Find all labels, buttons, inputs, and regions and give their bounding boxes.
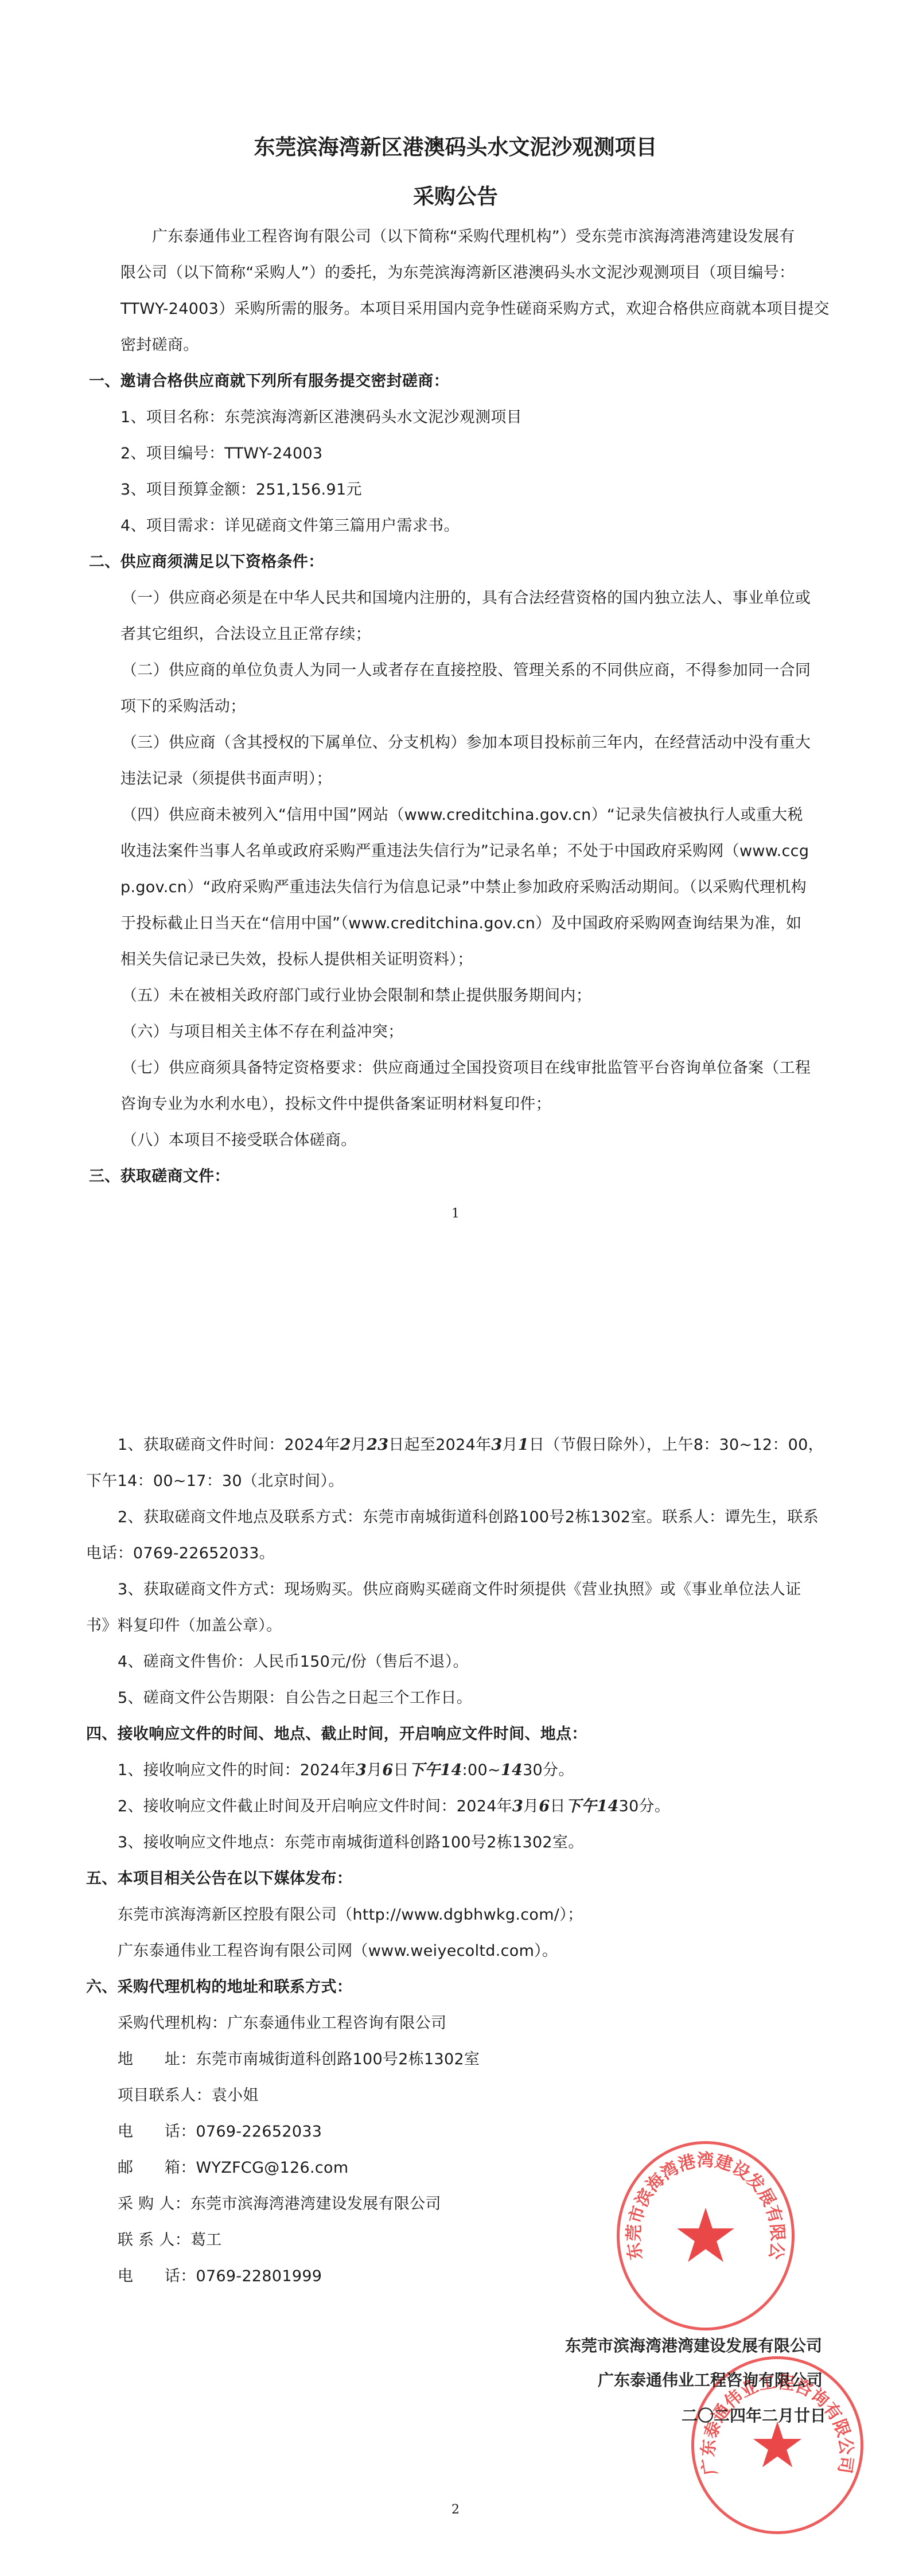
section-1-item: 3、项目预算金额：251,156.91元	[120, 477, 362, 499]
section-2-line: 者其它组织，合法设立且正常存续；	[120, 621, 371, 644]
company-seal-purchaser: 东莞市滨海湾港湾建设发展有限公司 ★	[617, 2141, 795, 2330]
section-6-heading: 六、采购代理机构的地址和联系方式：	[86, 1974, 352, 1997]
signature-agency: 广东泰通伟业工程咨询有限公司	[598, 2368, 823, 2391]
section-2-line: p.gov.cn）“政府采购严重违法失信行为信息记录”中禁止参加政府采购活动期间…	[120, 874, 807, 897]
section-2-line: 项下的采购活动；	[120, 694, 246, 716]
section-3-line: 2、获取磋商文件地点及联系方式：东莞市南城街道科创路100号2栋1302室。联系…	[118, 1504, 819, 1527]
text: 日	[550, 1797, 566, 1815]
section-2-line: （六）与项目相关主体不存在利益冲突；	[122, 1019, 403, 1041]
section-1-item: 1、项目名称：东莞滨海湾新区港澳码头水文泥沙观测项目	[120, 404, 522, 427]
section-3-line: 5、磋商文件公告期限：自公告之日起三个工作日。	[118, 1685, 472, 1707]
star-icon: ★	[672, 2198, 739, 2273]
page-1: 东莞滨海湾新区港澳码头水文泥沙观测项目 采购公告 广东泰通伟业工程咨询有限公司（…	[0, 0, 911, 1269]
section-2-line: （五）未在被相关政府部门或行业协会限制和禁止提供服务期间内；	[122, 983, 591, 1005]
contact-line: 电 话：0769-22652033	[118, 2119, 322, 2141]
section-2-line: （二）供应商的单位负责人为同一人或者存在直接控股、管理关系的不同供应商，不得参加…	[122, 657, 811, 680]
text: 30分。	[523, 1761, 574, 1779]
handwritten-month: 3	[491, 1436, 502, 1454]
page-number: 1	[0, 1207, 911, 1221]
text: 1、获取磋商文件时间：2024年	[118, 1436, 340, 1454]
section-2-line: 收违法案件当事人名单或政府采购严重违法失信行为”记录名单；不处于中国政府采购网（…	[120, 838, 809, 861]
handwritten-time: 下午14	[409, 1761, 462, 1779]
text: 月	[503, 1436, 518, 1454]
section-4-line-2: 2、接收响应文件截止时间及开启响应文件时间：2024年3月6日下午1430分。	[118, 1793, 670, 1816]
section-3-line: 4、磋商文件售价：人民币150元/份（售后不退）。	[118, 1649, 469, 1671]
section-2-line: （三）供应商（含其授权的下属单位、分支机构）参加本项目投标前三年内，在经营活动中…	[122, 730, 811, 752]
text: 日起至2024年	[388, 1436, 491, 1454]
handwritten-time: 下午14	[566, 1797, 619, 1815]
section-3-heading: 三、获取磋商文件：	[89, 1164, 230, 1186]
section-2-line: 于投标截止日当天在“信用中国”（www.creditchina.gov.cn）及…	[120, 910, 801, 933]
handwritten-day: 1	[518, 1436, 529, 1454]
section-5-heading: 五、本项目相关公告在以下媒体发布：	[86, 1866, 352, 1888]
section-3-line: 3、获取磋商文件方式：现场购买。供应商购买磋商文件时须提供《营业执照》或《事业单…	[118, 1577, 801, 1599]
contact-line: 电 话：0769-22801999	[118, 2263, 322, 2286]
section-2-line: （八）本项目不接受联合体磋商。	[122, 1127, 357, 1150]
contact-line: 项目联系人：袁小姐	[118, 2083, 259, 2105]
section-3-line: 书》料复印件（加盖公章）。	[86, 1613, 282, 1635]
section-2-line: （一）供应商必须是在中华人民共和国境内注册的，具有合法经营资格的国内独立法人、事…	[122, 585, 811, 608]
contact-line: 联 系 人：葛工	[118, 2227, 222, 2250]
signature-purchaser: 东莞市滨海湾港湾建设发展有限公司	[565, 2333, 822, 2356]
section-2-heading: 二、供应商须满足以下资格条件：	[89, 549, 324, 571]
section-2-line: （七）供应商须具备特定资格要求：供应商通过全国投资项目在线审批监管平台咨询单位备…	[122, 1055, 811, 1077]
contact-email[interactable]: 邮 箱：WYZFCG@126.com	[118, 2155, 348, 2177]
handwritten-month: 3	[512, 1797, 523, 1815]
signature-date: 二〇二四年二月廿日	[682, 2403, 826, 2426]
intro-line-1: 广东泰通伟业工程咨询有限公司（以下简称“采购代理机构”）受东莞市滨海湾港湾建设发…	[152, 224, 795, 246]
text: 1、接收响应文件的时间：2024年	[118, 1761, 356, 1779]
intro-line-2: 限公司（以下简称“采购人”）的委托，为东莞滨海湾新区港澳码头水文泥沙观测项目（项…	[120, 260, 795, 282]
intro-line-3: TTWY-24003）采购所需的服务。本项目采用国内竞争性磋商采购方式，欢迎合格…	[120, 296, 830, 318]
section-1-item: 2、项目编号：TTWY-24003	[120, 441, 322, 463]
section-3-line: 电话：0769-22652033。	[86, 1540, 275, 1563]
document-title: 东莞滨海湾新区港澳码头水文泥沙观测项目	[0, 130, 911, 161]
text: 月	[367, 1761, 382, 1779]
text: :00~	[462, 1761, 501, 1779]
text: 日（节假日除外），上午8：30~12：00，	[529, 1436, 824, 1454]
handwritten-day: 6	[382, 1761, 393, 1779]
handwritten-day: 6	[539, 1797, 550, 1815]
text: 30分。	[619, 1797, 671, 1815]
section-2-line: 违法记录（须提供书面声明）；	[120, 766, 332, 788]
text: 2、接收响应文件截止时间及开启响应文件时间：2024年	[118, 1797, 512, 1815]
handwritten-time: 14	[501, 1761, 523, 1779]
text: 日	[394, 1761, 409, 1779]
text: 月	[523, 1797, 539, 1815]
section-4-heading: 四、接收响应文件的时间、地点、截止时间，开启响应文件时间、地点：	[86, 1721, 587, 1744]
handwritten-day: 23	[367, 1436, 388, 1454]
section-4-line-1: 1、接收响应文件的时间：2024年3月6日下午14:00~1430分。	[118, 1757, 574, 1780]
section-4-line: 3、接收响应文件地点：东莞市南城街道科创路100号2栋1302室。	[118, 1830, 584, 1852]
section-3-line-1: 1、获取磋商文件时间：2024年2月23日起至2024年3月1日（节假日除外），…	[118, 1432, 824, 1454]
intro-line-4: 密封磋商。	[120, 332, 199, 355]
page-2: 1、获取磋商文件时间：2024年2月23日起至2024年3月1日（节假日除外），…	[0, 1269, 911, 2576]
contact-line: 采 购 人：东莞市滨海湾港湾建设发展有限公司	[118, 2191, 441, 2213]
contact-line: 地 址：东莞市南城街道科创路100号2栋1302室	[118, 2046, 480, 2069]
page-number: 2	[0, 2503, 911, 2517]
section-3-line: 下午14：00~17：30（北京时间）。	[86, 1468, 344, 1491]
contact-line: 采购代理机构：广东泰通伟业工程咨询有限公司	[118, 2010, 446, 2033]
section-2-line: 相关失信记录已失效，投标人提供相关证明资料）；	[120, 947, 473, 969]
text: 月	[351, 1436, 367, 1454]
section-1-item: 4、项目需求：详见磋商文件第三篇用户需求书。	[120, 513, 460, 535]
section-2-line: 咨询专业为水利水电），投标文件中提供备案证明材料复印件；	[120, 1091, 551, 1114]
section-1-heading: 一、邀请合格供应商就下列所有服务提交密封磋商：	[89, 368, 449, 391]
handwritten-month: 3	[356, 1761, 367, 1779]
section-2-line: （四）供应商未被列入“信用中国”网站（www.creditchina.gov.c…	[122, 802, 803, 824]
media-link-1[interactable]: 东莞市滨海湾新区控股有限公司（http://www.dgbhwkg.com/）；	[118, 1902, 583, 1924]
media-link-2[interactable]: 广东泰通伟业工程咨询有限公司网（www.weiyecoltd.com）。	[118, 1938, 558, 1960]
document-subtitle: 采购公告	[0, 179, 911, 210]
handwritten-month: 2	[340, 1436, 351, 1454]
